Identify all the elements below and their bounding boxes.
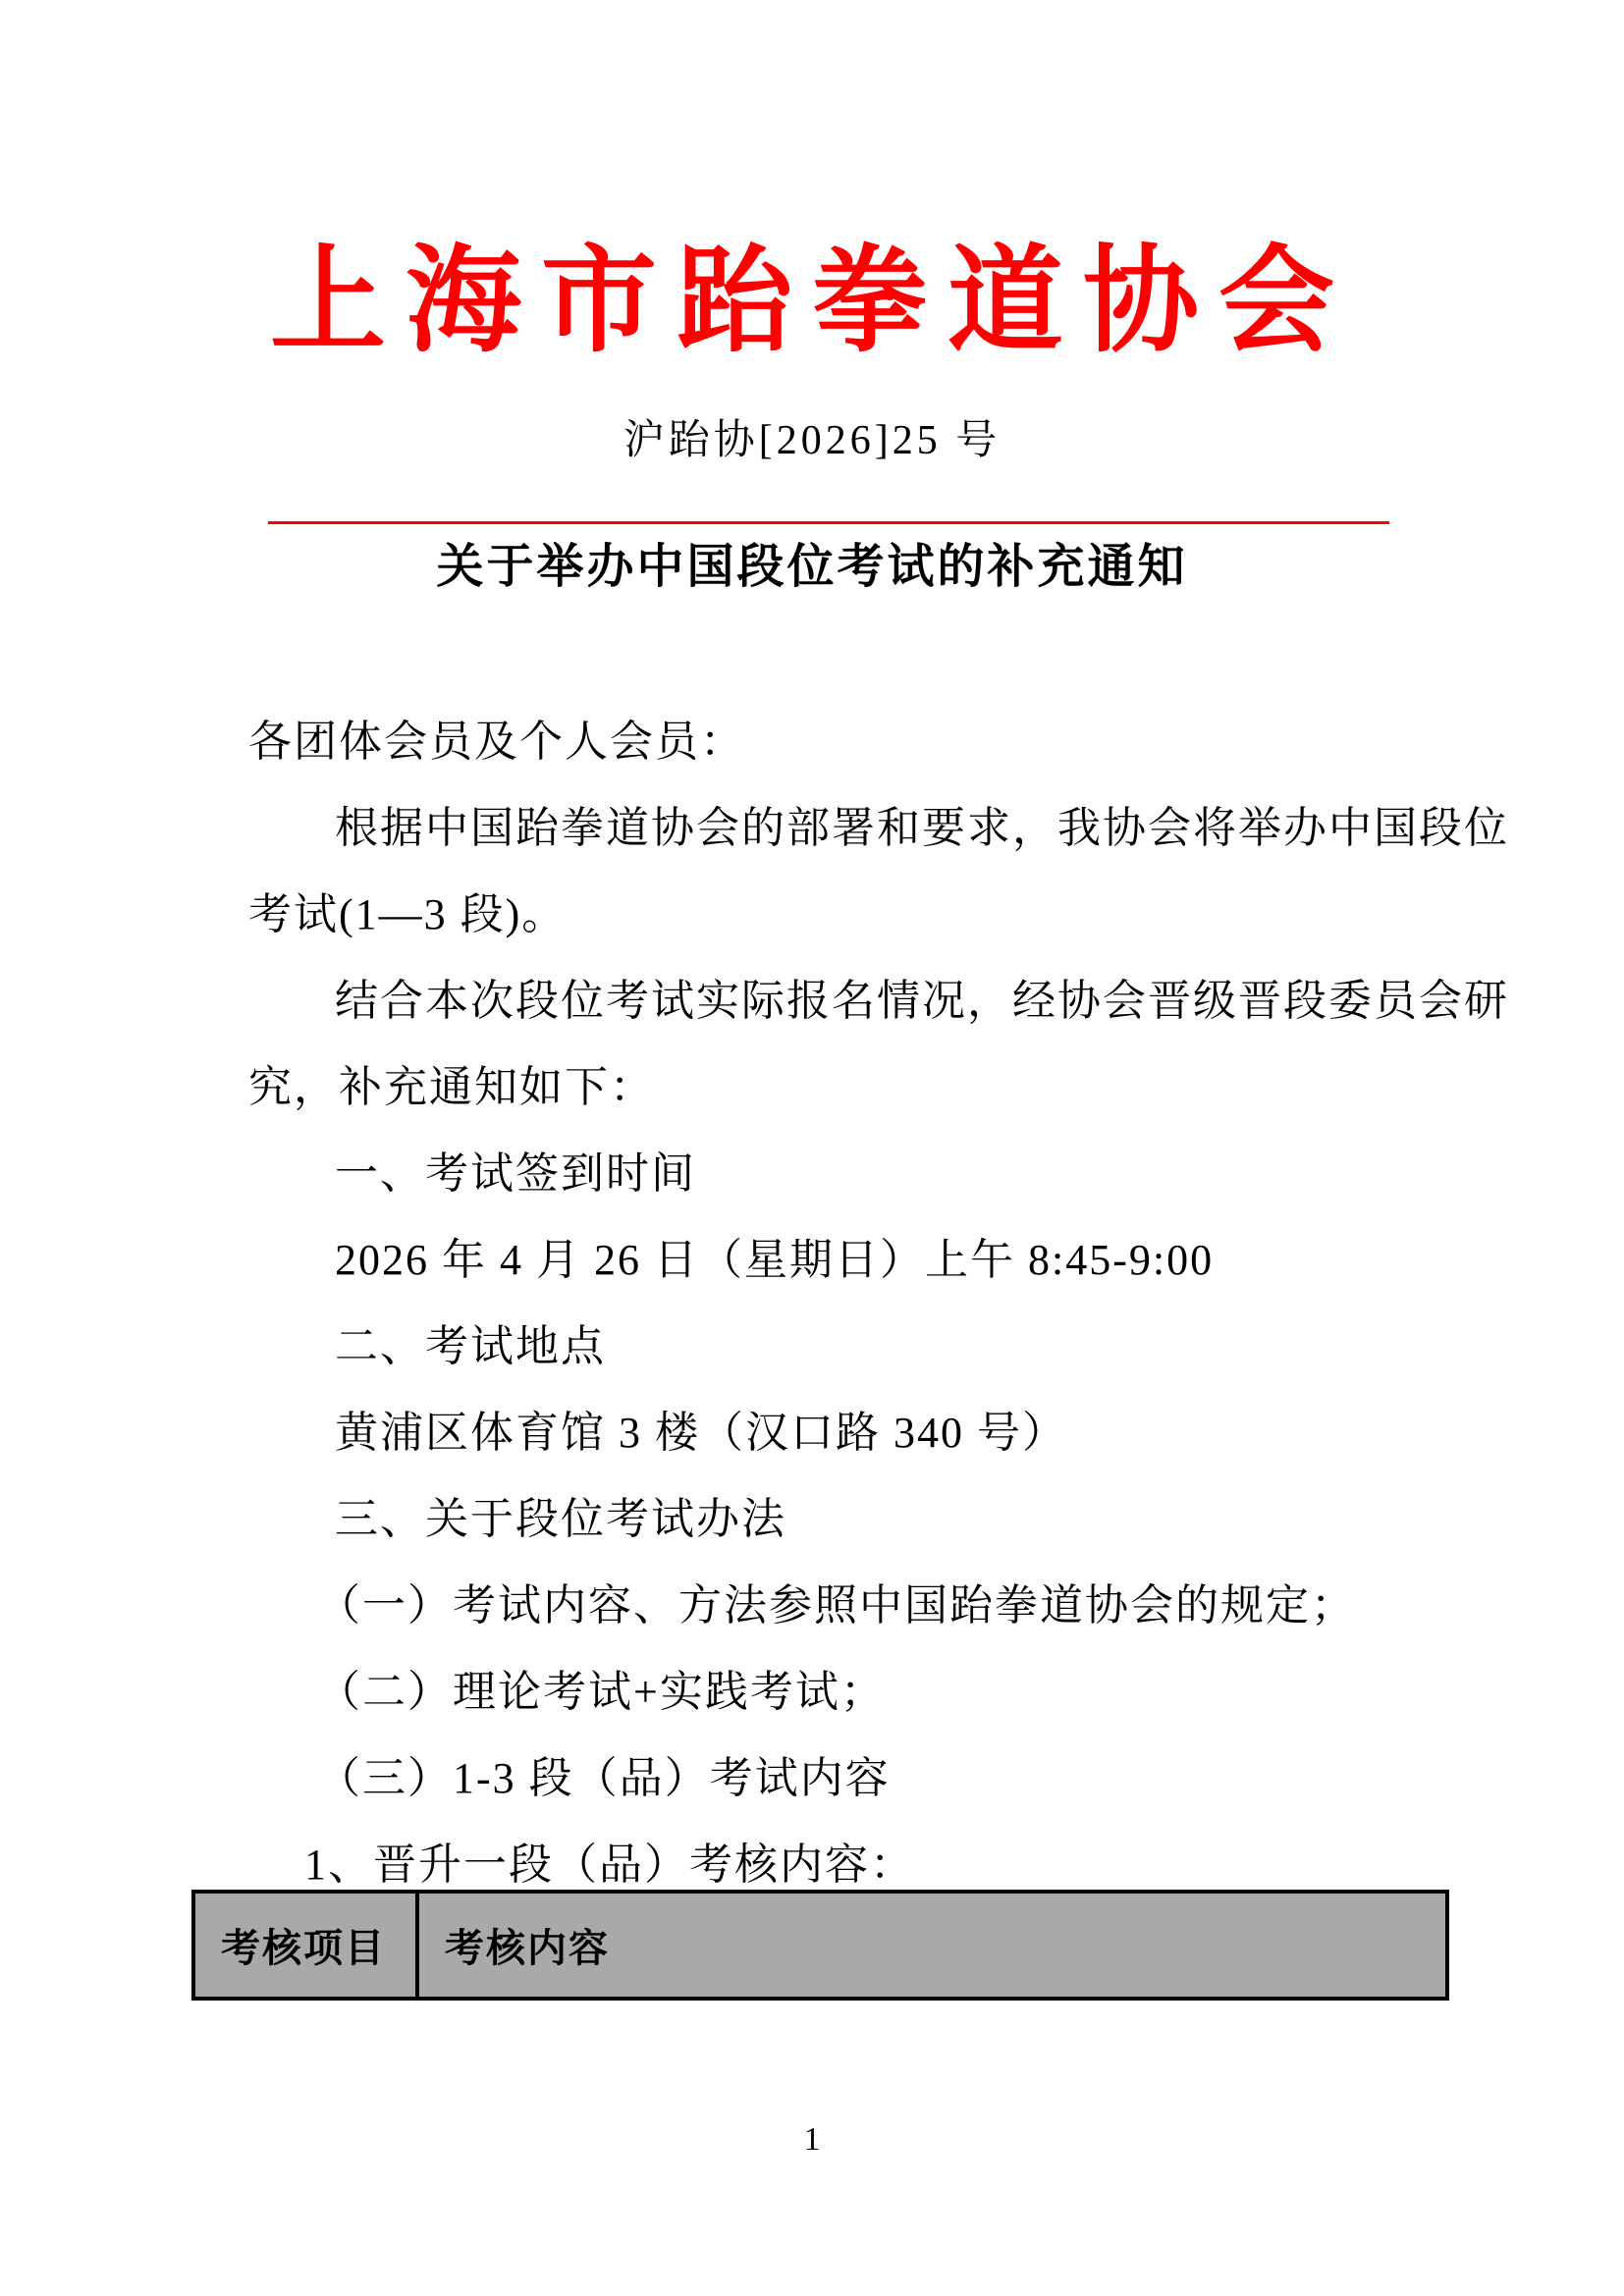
body-line-section-2: 二、考试地点	[248, 1304, 1397, 1390]
red-divider-line	[268, 521, 1389, 524]
body-line: 结合本次段位考试实际报名情况，经协会晋级晋段委员会研	[248, 958, 1397, 1044]
body-line: 究，补充通知如下：	[248, 1044, 1397, 1131]
page-number: 1	[0, 2118, 1624, 2162]
notice-title: 关于举办中国段位考试的补充通知	[0, 538, 1624, 597]
organization-title: 上海市跆拳道协会	[0, 239, 1624, 366]
body-line-section-1: 一、考试签到时间	[248, 1131, 1397, 1217]
document-number: 沪跆协[2026]25 号	[0, 414, 1624, 467]
body-line-item-1: （一）考试内容、方法参照中国跆拳道协会的规定；	[248, 1563, 1397, 1649]
table-header-content: 考核内容	[419, 1894, 1445, 1997]
document-page: 上海市跆拳道协会 沪跆协[2026]25 号 关于举办中国段位考试的补充通知 各…	[0, 0, 1624, 2296]
document-body: 各团体会员及个人会员： 根据中国跆拳道协会的部署和要求，我协会将举办中国段位 考…	[248, 699, 1397, 1908]
body-line-item-2: （二）理论考试+实践考试；	[248, 1649, 1397, 1735]
body-line-section-3: 三、关于段位考试办法	[248, 1476, 1397, 1563]
table-header-item: 考核项目	[195, 1894, 419, 1997]
assessment-table-header-row: 考核项目 考核内容	[191, 1890, 1449, 2001]
body-line: 考试(1—3 段)。	[248, 872, 1397, 958]
body-line-salutation: 各团体会员及个人会员：	[248, 699, 1397, 785]
body-line-address: 黄浦区体育馆 3 楼（汉口路 340 号）	[248, 1390, 1397, 1476]
body-line-item-3: （三）1-3 段（品）考试内容	[248, 1735, 1397, 1822]
body-line-datetime: 2026 年 4 月 26 日（星期日）上午 8:45-9:00	[248, 1217, 1397, 1304]
body-line: 根据中国跆拳道协会的部署和要求，我协会将举办中国段位	[248, 785, 1397, 872]
